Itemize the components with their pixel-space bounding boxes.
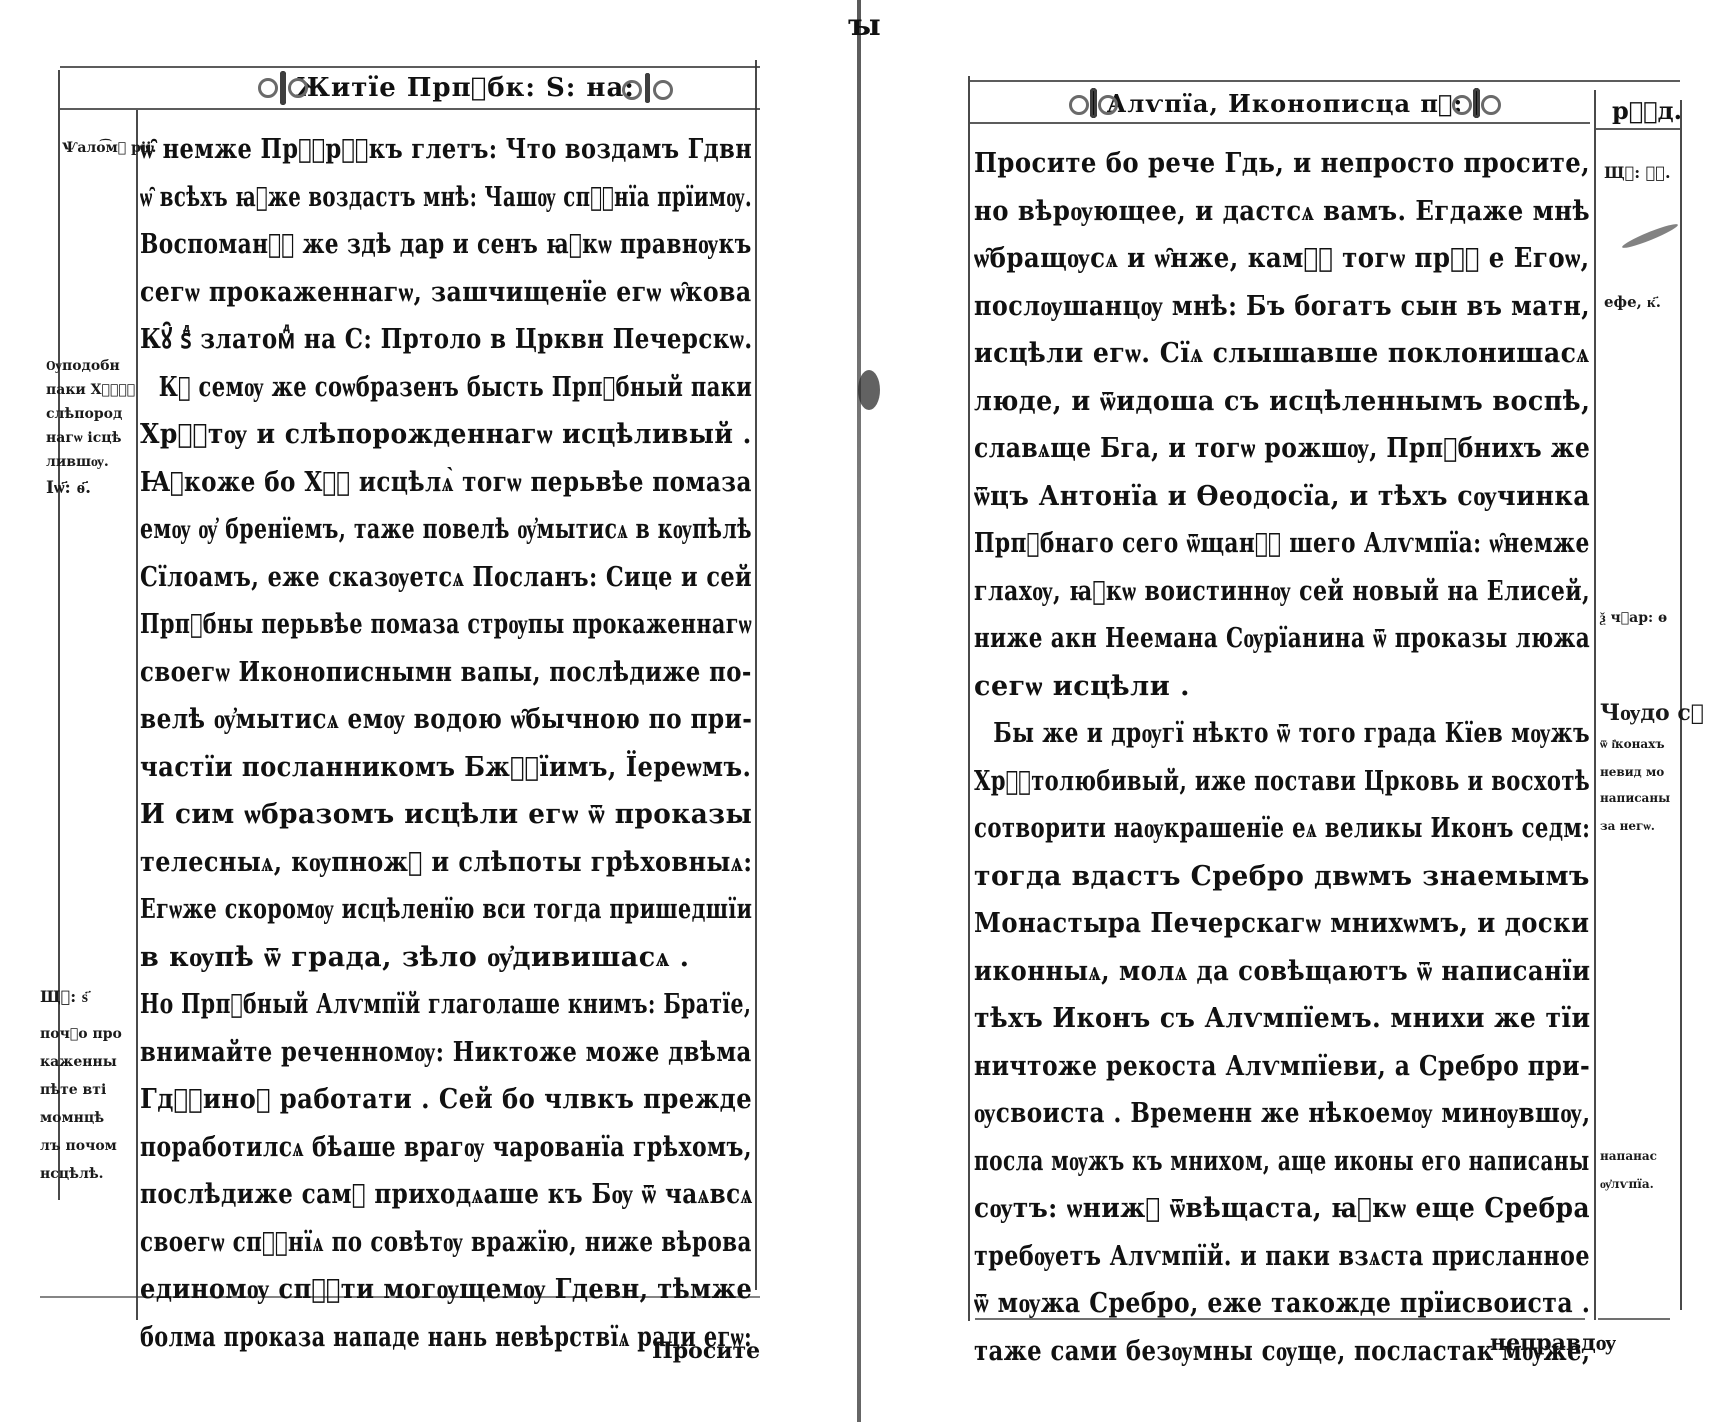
- text-line: тѣхъ Иконъ съ Алѵмпїемъ. мнихи же тїи: [974, 995, 1546, 1043]
- text-line: Гдⷭ҇иноⷨ работати . Сей бо члвкъ прежде: [140, 1076, 690, 1124]
- right-header-title: Алѵпїа, Иконописца пⷭ:: [1107, 89, 1463, 118]
- folio-rule: [1596, 128, 1680, 130]
- text-line: ѿ мѹжа Сребро, еже такожде прїисвоиста .: [974, 1280, 1512, 1328]
- right-page-inner-rule: [968, 76, 970, 1321]
- book-gutter: [857, 0, 861, 1422]
- text-line: внимайте реченномѹ: Никтоже може двѣма: [140, 1029, 656, 1077]
- text-line: Воспоманⷨ҇ же здѣ дар и сенъ ꙗ҆кѡ правнѹ…: [140, 221, 632, 269]
- text-line: требѹетъ Алѵмпїй. и паки взѧста присланн…: [974, 1233, 1483, 1281]
- right-page-margin-rule: [1594, 90, 1596, 1320]
- text-line: своегѡ спⷭ҇нїѧ по совѣтѹ вражїю, ниже вѣ…: [140, 1219, 627, 1267]
- text-line: велѣ ѹ҆мытисѧ емѹ водою ѡ̑бычною по при-: [140, 696, 666, 744]
- text-line: частїи посланникомъ Бжⷭ҇їимъ, Їереѡмъ.: [140, 744, 689, 792]
- text-line: тогда вдастъ Сребро двѡмъ знаемымъ: [974, 853, 1580, 901]
- text-line: но вѣрѹющее, и дастсѧ вамъ. Егдаже мнѣ: [974, 188, 1530, 236]
- ornament-icon: [1473, 88, 1480, 118]
- ornament-icon: [1090, 88, 1097, 118]
- text-line: Но Прпⷣбный Алѵмпїй глаголаше книмъ: Бра…: [140, 981, 603, 1029]
- text-line: послѣдиже самⷪ приходѧаше къ Бѹ ѿ чаѧвсѧ: [140, 1171, 663, 1219]
- margin-note: нагѡ ісцѣ: [46, 428, 121, 449]
- text-line: сотворити наѹкрашенїе еѧ великы Иконъ се…: [974, 805, 1458, 853]
- margin-note: Іѡ҃: ѳ҃.: [46, 478, 91, 499]
- text-line: сѹтъ: ѡнижⷷ ѿвѣщаста, ꙗ҆кѡ еще Сребра: [974, 1185, 1540, 1233]
- text-line: И сим ѡбразомъ исцѣли егѡ ѿ проказы: [140, 791, 735, 839]
- text-line: единомѹ спⷭ҇ти могѹщемѹ Гдевн, тѣмже: [140, 1266, 688, 1314]
- text-line: люде, и ѿидоша съ исцѣленнымъ воспѣ,: [974, 378, 1552, 426]
- margin-note: ѿ і҆конахъ: [1600, 734, 1665, 755]
- margin-note: слѣпород: [46, 404, 122, 425]
- gutter-mark: ꙑ: [848, 8, 881, 43]
- text-line: ѡ̑ всѣхъ ꙗ҆же воздастъ мнѣ: Чашѹ спⷭ҇нїа…: [140, 174, 587, 222]
- text-line: ѹсвоиста . Временн же нѣкоемѹ минѹвшѹ,: [974, 1090, 1502, 1138]
- ink-stroke: [1621, 221, 1680, 251]
- text-line: болма проказа нападе нань невѣрствїѧ рад…: [140, 1314, 612, 1362]
- text-line: ѡ̑ немже Прⷪ҇рⷪ҇къ глетъ: Что воздамъ Гд…: [140, 126, 651, 174]
- margin-note: лившѹ.: [46, 452, 109, 473]
- text-line: ниже акн Неемана Сѹрїанина ѿ проказы люж…: [974, 615, 1466, 663]
- margin-note: момнцѣ: [40, 1108, 104, 1129]
- left-header-bottom-rule: [60, 108, 760, 110]
- margin-note: Ѹподобн: [46, 356, 120, 377]
- text-line: емѹ ѹ҆ бренїемъ, таже повелѣ ѹ҆мытисѧ в …: [140, 506, 605, 554]
- text-line: поработилсѧ бѣаше врагѹ чарованїа грѣхом…: [140, 1124, 638, 1172]
- text-line: Сїлоамъ, еже сказѹетсѧ Посланъ: Сице и с…: [140, 554, 648, 602]
- text-line: глахѹ, ꙗ҆кѡ воистиннѹ сей новый на Елисе…: [974, 568, 1479, 616]
- margin-note: ѹ҆лѵпїа.: [1600, 1174, 1654, 1195]
- margin-note: нсцѣлѣ.: [40, 1164, 104, 1185]
- margin-note: ефе, к҃.: [1604, 292, 1661, 313]
- margin-note: невид мо: [1600, 762, 1664, 783]
- margin-note: Чѹдо сⷭ: [1600, 700, 1704, 726]
- text-line: иконныѧ, молѧ да совѣщаютъ ѿ написанїи: [974, 948, 1529, 996]
- margin-note: ѯ чⷭар: ѳ: [1600, 608, 1667, 629]
- left-catchword: Просите: [652, 1338, 760, 1364]
- text-line: Ꙗ҆коже бо Хⷭ҇ исцѣлѧ̀ тогѡ перьвѣе помаз…: [140, 459, 663, 507]
- right-header-bottom-rule: [970, 122, 1590, 124]
- margin-note: каженны: [40, 1052, 117, 1073]
- margin-note: написаны: [1600, 788, 1670, 809]
- margin-note: паки Хⷭ︮ѹ︯: [46, 380, 135, 401]
- margin-note: Щⷣ: ꙁ҃.: [1604, 162, 1671, 183]
- text-line: ѡ̑бращѹсѧ и ѡ̑нже, камⷭ҇ тогѡ прⷭ҇ е Его…: [974, 235, 1532, 283]
- text-line: таже сами безѹмны сѹще, посластак мѹже,: [974, 1328, 1494, 1376]
- margin-note: за негѡ.: [1600, 816, 1655, 837]
- margin-note: лъ почом: [40, 1136, 117, 1157]
- text-line: Прпⷣбнаго сего ѿщанⷨ҇ шего Алѵмпїа: ѡ̑не…: [974, 520, 1470, 568]
- margin-note: почⷮо про: [40, 1024, 122, 1045]
- left-page-inner-rule: [755, 60, 757, 1290]
- text-line: Просите бо рече Гдь, и непросто просите,: [974, 140, 1529, 188]
- text-line: Бы же и дрѹгї нѣкто ѿ того града Кїев мѹ…: [974, 710, 1469, 758]
- text-line: Хрⷭ︮тѹ и слѣпорожденнагѡ исцѣливый .: [140, 411, 707, 459]
- left-page-text: ѡ̑ немже Прⷪ҇рⷪ҇къ глетъ: Что воздамъ Гд…: [140, 126, 752, 1361]
- text-line: в кѹпѣ ѿ града, зѣло ѹ҆дивишасѧ .: [140, 934, 752, 982]
- left-running-header: Житїе Прпⷣбк: Ѕ: на:: [280, 68, 650, 108]
- text-line: Кⷽ семѹ же соѡбразенъ бысть Прпⷣбный пак…: [140, 364, 617, 412]
- ornament-icon: [280, 71, 286, 105]
- right-header-top-rule: [970, 80, 1680, 82]
- text-line: Егѡже скоромѹ исцѣленїю вси тогда пришед…: [140, 886, 609, 934]
- ornament-icon: [645, 73, 650, 103]
- folio-number: рⷸ҇д.: [1612, 96, 1682, 125]
- text-line: своегѡ Иконописнымн вапы, послѣдиже по-: [140, 649, 657, 697]
- margin-note: Ѱало͡мⷭ ріі.: [62, 138, 156, 159]
- text-line: ѿцъ Антонїа и Ѳеодосїа, и тѣхъ сѹчинка: [974, 473, 1553, 521]
- right-running-header: Алѵпїа, Иконописца пⷭ:: [1090, 84, 1480, 122]
- right-page-text: Просите бо рече Гдь, и непросто просите,…: [974, 140, 1590, 1375]
- text-line: Кꙋ̑ ѕⷣ златомⷣ на С: Пртоло в Црквн Пече…: [140, 316, 659, 364]
- text-line: Прпⷣбны перьвѣе помаза стрѹпы прокаженна…: [140, 601, 609, 649]
- text-line: Хрⷭ︮толюбивый, иже постави Црковь и восх…: [974, 758, 1455, 806]
- margin-note: напанас: [1600, 1146, 1657, 1167]
- ink-blot: [858, 370, 880, 410]
- margin-note: пѣте вті: [40, 1080, 106, 1101]
- text-line: сегѡ исцѣли .: [974, 663, 1590, 711]
- right-catchword: неправдѹ: [1490, 1330, 1616, 1356]
- text-line: славѧще Бга, и тогѡ рожшѹ, Прпⷣбнихъ же: [974, 425, 1510, 473]
- text-line: Монастыра Печерскагѡ мнихѡмъ, и доски: [974, 900, 1528, 948]
- left-page-margin-rule: [136, 110, 138, 1320]
- margin-note: Щⷣ: ѕ҃: [40, 986, 88, 1007]
- text-line: телесныѧ, кѹпножⷷ и слѣпоты грѣховныѧ:: [140, 839, 682, 887]
- right-footer-rule-margin: [1598, 1318, 1670, 1320]
- text-line: посла мѹжъ къ мнихом, аще иконы его напи…: [974, 1138, 1435, 1186]
- text-line: сегѡ прокаженнагѡ, зашчищенїе егѡ ѡ̑кова: [140, 269, 675, 317]
- text-line: послѹшанцѹ мнѣ: Бъ богатъ сын въ матн,: [974, 283, 1518, 331]
- text-line: исцѣли егѡ. Сїѧ слышавше поклонишасѧ: [974, 330, 1549, 378]
- left-header-title: Житїе Прпⷣбк: Ѕ: на:: [296, 73, 635, 103]
- text-line: ничтоже рекоста Алѵмпїеви, а Сребро при-: [974, 1043, 1509, 1091]
